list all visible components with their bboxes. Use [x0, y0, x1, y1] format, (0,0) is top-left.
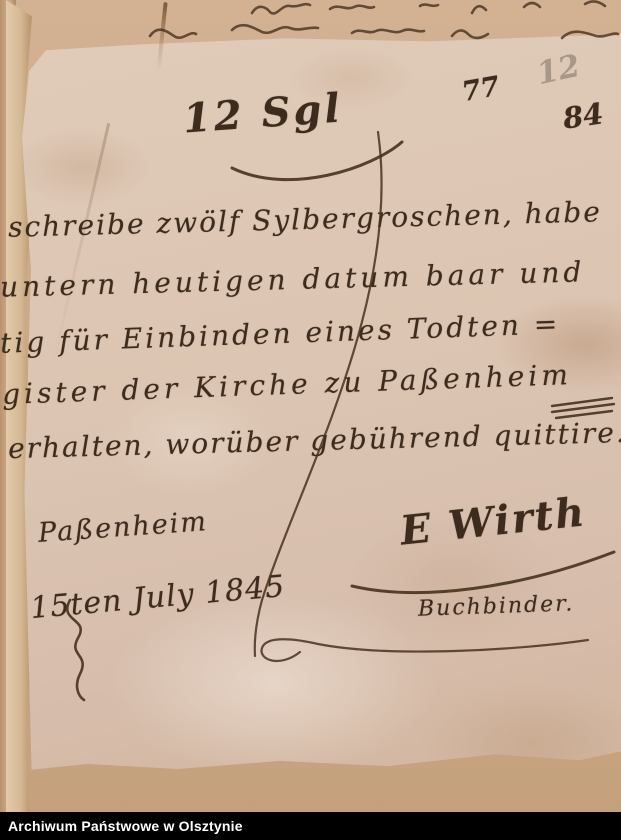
amount-annotation: 12 Sgl — [182, 88, 344, 139]
archive-caption-text: Archiwum Państwowe w Olsztynie — [0, 818, 243, 834]
folio-number-pencil: 12 — [534, 51, 583, 90]
folio-number-ink: 77 — [460, 73, 502, 106]
signature-title: Buchbinder. — [418, 593, 575, 620]
archival-scan-page: 12 Sgl 77 12 84 schreibe zwölf Sylbergro… — [0, 0, 621, 840]
year-fragment: 84 — [561, 99, 605, 133]
back-page-writing-fragment — [150, 1, 618, 38]
archive-caption-bar: Archiwum Państwowe w Olsztynie — [0, 812, 621, 840]
